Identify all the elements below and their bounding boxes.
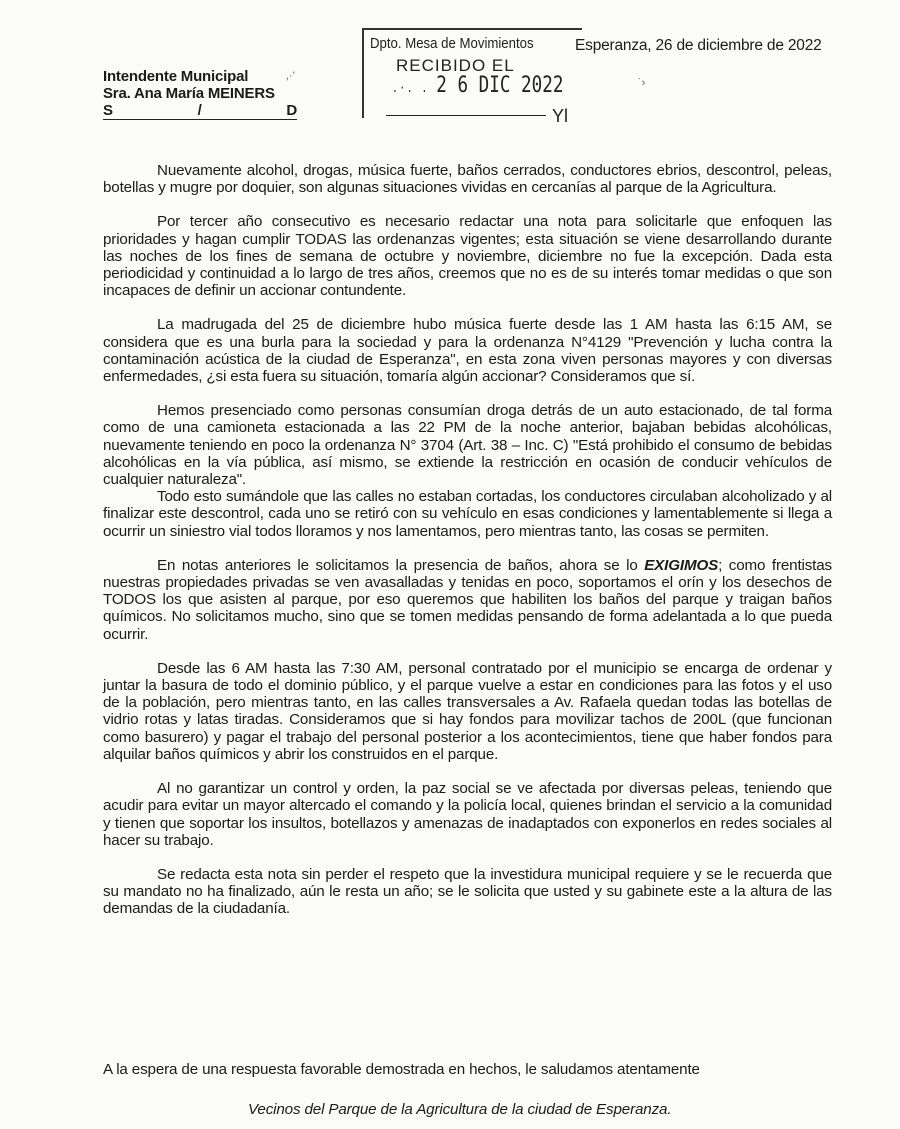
pen-mark: ,·' <box>286 70 295 82</box>
paragraph: Hemos presenciado como personas consumía… <box>103 402 832 488</box>
paragraph: En notas anteriores le solicitamos la pr… <box>103 557 832 643</box>
stamp-date: .·. . 2 6 DIC 2022 <box>392 73 563 98</box>
letter-date: Esperanza, 26 de diciembre de 2022 <box>575 37 822 55</box>
paragraph: Al no garantizar un control y orden, la … <box>103 780 832 849</box>
stamp-department: Dpto. Mesa de Movimientos <box>370 35 534 52</box>
pen-mark: ˙› <box>638 77 645 89</box>
paragraph: La madrugada del 25 de diciembre hubo mú… <box>103 316 832 385</box>
su-despacho: S / D <box>103 102 297 120</box>
signature: Vecinos del Parque de la Agricultura de … <box>248 1101 671 1118</box>
emphasis-text: EXIGIMOS <box>644 557 718 574</box>
paragraph: Nuevamente alcohol, drogas, música fuert… <box>103 162 832 196</box>
addressee-title: Intendente Municipal <box>103 68 297 85</box>
letter-body: Nuevamente alcohol, drogas, música fuert… <box>103 162 832 935</box>
paragraph: Se redacta esta nota sin perder el respe… <box>103 866 832 918</box>
paragraph: Todo esto sumándole que las calles no es… <box>103 488 832 540</box>
closing-line: A la espera de una respuesta favorable d… <box>103 1061 700 1078</box>
addressee-name: Sra. Ana María MEINERS <box>103 85 297 102</box>
paragraph: Por tercer año consecutivo es necesario … <box>103 213 832 299</box>
stamp-signature-line <box>386 115 546 116</box>
paragraph: Desde las 6 AM hasta las 7:30 AM, person… <box>103 660 832 763</box>
letter-page: Esperanza, 26 de diciembre de 2022 Inten… <box>0 0 900 1129</box>
received-stamp: Dpto. Mesa de Movimientos RECIBIDO EL .·… <box>362 28 582 118</box>
stamp-initials: Yl <box>552 106 568 127</box>
addressee-block: Intendente Municipal Sra. Ana María MEIN… <box>103 68 297 120</box>
